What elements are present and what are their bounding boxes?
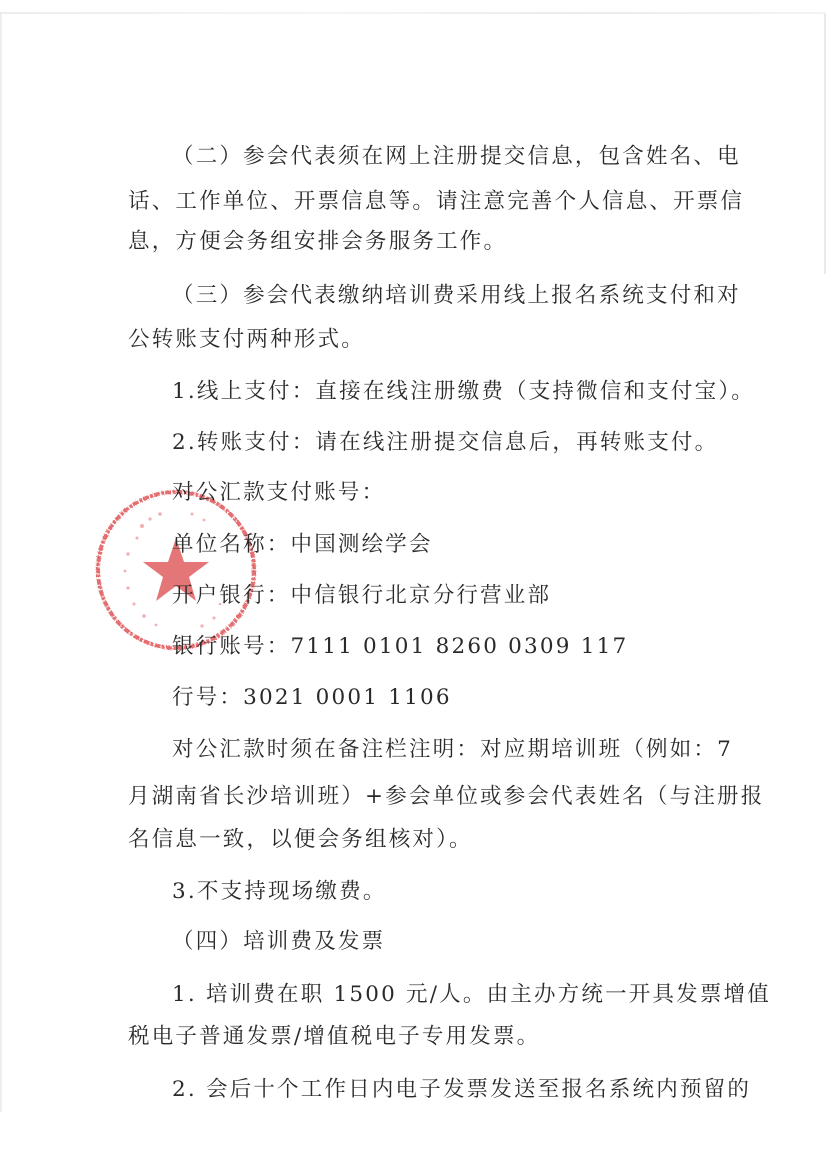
section-2-line-3: 息，方便会务组安排会务服务工作。 <box>128 227 507 257</box>
remark-note-line-2: 月湖南省长沙培训班）+参会单位或参会代表姓名（与注册报 <box>128 782 764 812</box>
bank-code: 行号：3021 0001 1106 <box>172 683 452 713</box>
section-4-heading: （四）培训费及发票 <box>172 927 385 957</box>
remark-note-line-1: 对公汇款时须在备注栏注明：对应期培训班（例如：7 <box>172 735 733 765</box>
account-bank: 开户银行：中信银行北京分行营业部 <box>172 581 551 611</box>
account-heading: 对公汇款支付账号： <box>172 478 385 508</box>
account-unit-name: 单位名称：中国测绘学会 <box>172 530 433 560</box>
scan-left-edge <box>0 12 2 1112</box>
section-3-line-2: 公转账支付两种形式。 <box>128 325 365 355</box>
scan-top-edge <box>0 12 826 14</box>
remark-note-line-3: 名信息一致，以便会务组核对）。 <box>128 825 473 855</box>
official-seal-stamp-icon <box>92 486 260 654</box>
section-2-line-2: 话、工作单位、开票信息等。请注意完善个人信息、开票信 <box>128 187 744 217</box>
payment-online: 1.线上支付：直接在线注册缴费（支持微信和支付宝）。 <box>172 377 755 407</box>
section-2-line-1: （二）参会代表须在网上注册提交信息，包含姓名、电 <box>172 142 741 172</box>
payment-transfer: 2.转账支付：请在线注册提交信息后，再转账支付。 <box>172 428 718 458</box>
account-number: 银行账号：7111 0101 8260 0309 117 <box>172 632 628 662</box>
fee-item-1-line-2: 税电子普通发票/增值税电子专用发票。 <box>128 1022 540 1052</box>
fee-item-2-line-1: 2. 会后十个工作日内电子发票发送至报名系统内预留的 <box>172 1075 751 1105</box>
section-3-line-1: （三）参会代表缴纳培训费采用线上报名系统支付和对 <box>172 281 741 311</box>
no-onsite-payment: 3.不支持现场缴费。 <box>172 877 387 907</box>
fee-item-1-line-1: 1. 培训费在职 1500 元/人。由主办方统一开具发票增值 <box>172 980 771 1010</box>
